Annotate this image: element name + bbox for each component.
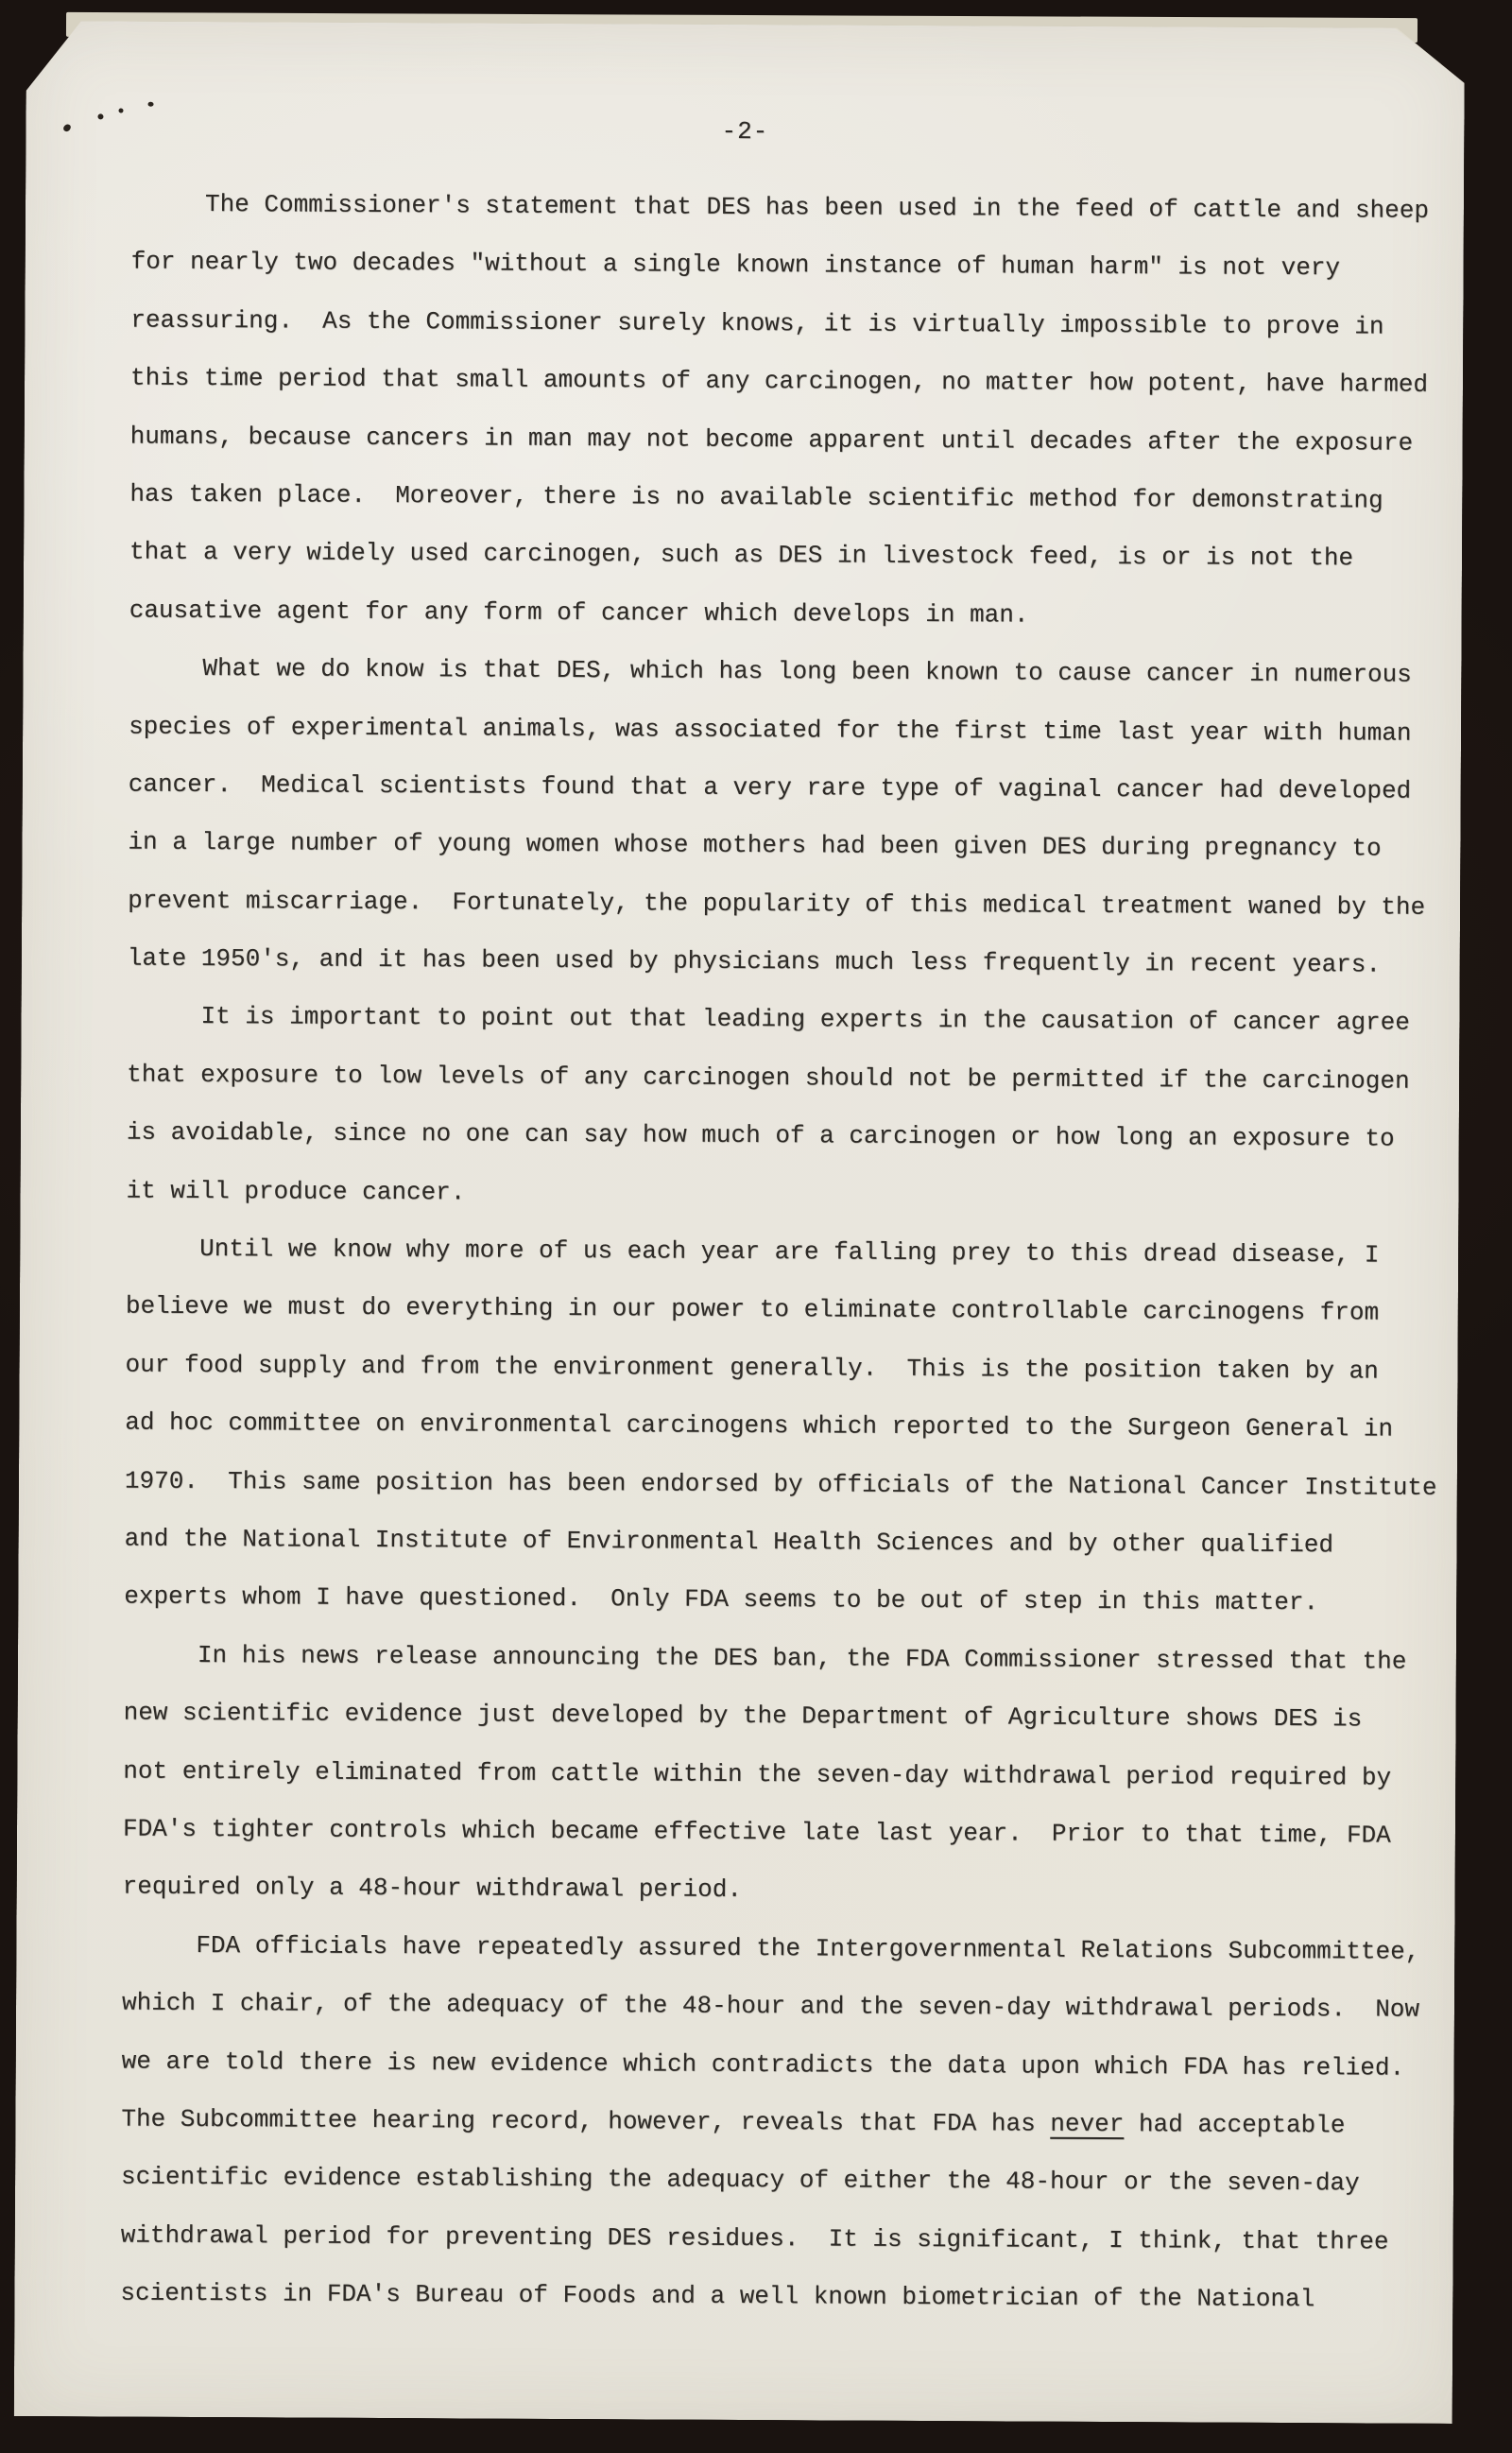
text-line: that exposure to low levels of any carci… — [127, 1045, 1457, 1111]
text-line: species of experimental animals, was ass… — [129, 698, 1459, 763]
page-number: -2- — [26, 112, 1464, 151]
text-line: new scientific evidence just developed b… — [123, 1684, 1453, 1750]
paragraph: FDA officials have repeatedly assured th… — [120, 1916, 1452, 2329]
text-line: it will produce cancer. — [126, 1162, 1456, 1227]
paragraph: It is important to point out that leadin… — [126, 988, 1457, 1227]
text-line: not entirely eliminated from cattle with… — [123, 1742, 1453, 1807]
folded-corner-top-right-icon — [1395, 28, 1465, 85]
text-line: in a large number of young women whose m… — [128, 814, 1458, 879]
text-line: experts whom I have questioned. Only FDA… — [124, 1568, 1454, 1633]
underlined-text: never — [1050, 2110, 1124, 2138]
text-line: and the National Institute of Environmen… — [124, 1511, 1454, 1576]
text-line: It is important to point out that leadin… — [127, 988, 1457, 1053]
text-line: 1970. This same position has been endors… — [125, 1452, 1455, 1517]
text-segment: The Subcommittee hearing record, however… — [121, 2104, 1050, 2137]
text-line: that a very widely used carcinogen, such… — [129, 524, 1460, 589]
text-line: our food supply and from the environment… — [125, 1336, 1455, 1401]
paragraph: The Commissioner's statement that DES ha… — [129, 176, 1463, 647]
text-line: believe we must do everything in our pow… — [126, 1278, 1456, 1343]
text-line: scientific evidence establishing the ade… — [121, 2149, 1452, 2214]
text-line: scientists in FDA's Bureau of Foods and … — [120, 2265, 1451, 2330]
text-line: cancer. Medical scientists found that a … — [129, 755, 1459, 821]
text-line: The Subcommittee hearing record, however… — [121, 2090, 1452, 2155]
text-segment: had acceptable — [1124, 2110, 1345, 2139]
text-line: which I chair, of the adequacy of the 48… — [122, 1975, 1452, 2040]
typewritten-page: -2- The Commissioner's statement that DE… — [14, 21, 1465, 2424]
scanned-document-background: -2- The Commissioner's statement that DE… — [0, 0, 1512, 2453]
text-line: we are told there is new evidence which … — [122, 2032, 1452, 2098]
text-line: late 1950's, and it has been used by phy… — [128, 930, 1458, 995]
text-line: required only a 48-hour withdrawal perio… — [123, 1858, 1453, 1924]
text-line: What we do know is that DES, which has l… — [129, 640, 1459, 705]
text-line: reassuring. As the Commissioner surely k… — [130, 291, 1461, 356]
text-line: this time period that small amounts of a… — [130, 350, 1461, 415]
text-line: causative agent for any form of cancer w… — [129, 581, 1460, 647]
text-line: FDA officials have repeatedly assured th… — [122, 1916, 1452, 1981]
text-line: Until we know why more of us each year a… — [126, 1220, 1456, 1286]
text-line: In his news release announcing the DES b… — [124, 1626, 1454, 1691]
text-line: The Commissioner's statement that DES ha… — [131, 176, 1462, 241]
paragraph: In his news release announcing the DES b… — [123, 1626, 1455, 1923]
folded-corner-top-left-icon — [26, 21, 83, 93]
text-line: has taken place. Moreover, there is no a… — [129, 466, 1460, 531]
ink-speck — [148, 102, 154, 107]
text-line: humans, because cancers in man may not b… — [130, 407, 1461, 473]
text-line: withdrawal period for preventing DES res… — [121, 2206, 1452, 2272]
text-line: for nearly two decades "without a single… — [131, 233, 1462, 299]
document-body: The Commissioner's statement that DES ha… — [120, 176, 1462, 2330]
text-line: ad hoc committee on environmental carcin… — [125, 1394, 1455, 1460]
text-line: is avoidable, since no one can say how m… — [127, 1104, 1457, 1169]
text-line: prevent miscarriage. Fortunately, the po… — [128, 872, 1458, 937]
paragraph: Until we know why more of us each year a… — [124, 1220, 1456, 1633]
paragraph: What we do know is that DES, which has l… — [128, 640, 1460, 995]
text-line: FDA's tighter controls which became effe… — [123, 1801, 1453, 1866]
